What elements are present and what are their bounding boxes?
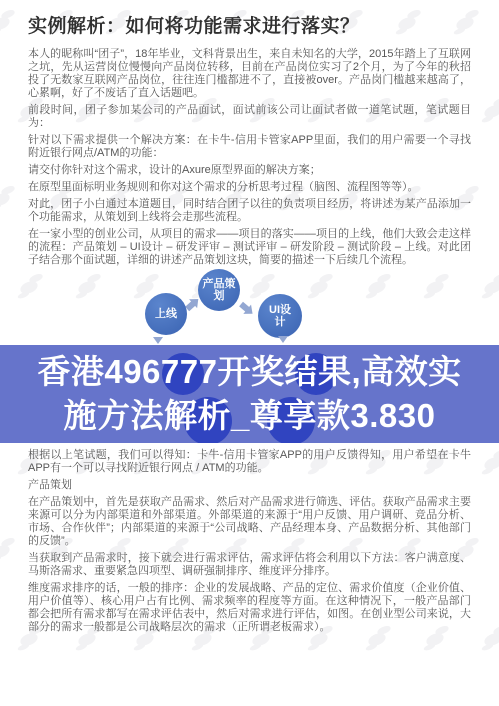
paragraph: 根据以上笔试题，我们可以得知：卡牛-信用卡管家APP的用户反馈得知，用户希望在卡…	[28, 449, 471, 475]
paragraph: 前段时间，团子参加某公司的产品面试，面试前该公司让面试者做一道笔试题，笔试题目为…	[28, 104, 471, 130]
diagram-node-launch: 上线	[145, 293, 187, 335]
banner-line-1: 香港496777开奖结果,高效实	[0, 350, 499, 394]
down-arrow-icon	[278, 336, 288, 343]
banner-text: 香港496777开奖结果,高效实 施方法解析_尊享款3.830	[0, 345, 499, 438]
paragraph: 本人的昵称叫“团子”，18年毕业，文科背景出生，来自未知名的大学，2015年踏上…	[28, 48, 471, 100]
banner-line-2: 施方法解析_尊享款3.830	[0, 394, 499, 438]
paragraph: 在一家小型的创业公司，从项目的需求——项目的落实——项目的上线，他们大致会走这样…	[28, 228, 471, 267]
paragraph: 维度需求排序的话，一般的排序：企业的发展战略、产品的定位、需求价值度（企业价值、…	[28, 582, 471, 634]
process-flow-diagram: 上线 产品策划 UI设计	[0, 271, 499, 345]
page-title: 实例解析：如何将功能需求进行落实？	[28, 14, 471, 39]
page: 实例解析：如何将功能需求进行落实？ 本人的昵称叫“团子”，18年毕业，文科背景出…	[0, 0, 499, 706]
paragraph: 在原型里面标明业务规则和你对这个需求的分析思考过程（脑图、流程图等等）。	[28, 181, 471, 194]
overlay-ad-banner[interactable]: 香港496777开奖结果,高效实 施方法解析_尊享款3.830	[0, 345, 499, 443]
section-heading: 产品策划	[28, 479, 471, 492]
paragraph: 对此，团子小白通过本道题目，同时结合团子以往的负责项目经历，将讲述为某产品添加一…	[28, 198, 471, 224]
diagram-node-product-planning: 产品策划	[198, 269, 240, 311]
article: 实例解析：如何将功能需求进行落实？ 本人的昵称叫“团子”，18年毕业，文科背景出…	[0, 14, 499, 634]
paragraph: 当获取到产品需求时，接下就会进行需求评估，需求评估将会利用以下方法：客户满意度、…	[28, 552, 471, 578]
paragraph: 在产品策划中，首先是获取产品需求、然后对产品需求进行筛选、评估。获取产品需求主要…	[28, 496, 471, 548]
flow-arrow-icon	[185, 301, 196, 311]
paragraph: 请交付你针对这个需求，设计的Axure原型界面的解决方案；	[28, 164, 471, 177]
flow-arrow-icon	[239, 302, 250, 312]
diagram-node-ui-design: UI设计	[258, 294, 302, 338]
down-arrow-icon	[153, 337, 163, 344]
paragraph: 针对以下需求提供一个解决方案：在卡牛-信用卡管家APP里面，我们的用户需要一个寻…	[28, 134, 471, 160]
